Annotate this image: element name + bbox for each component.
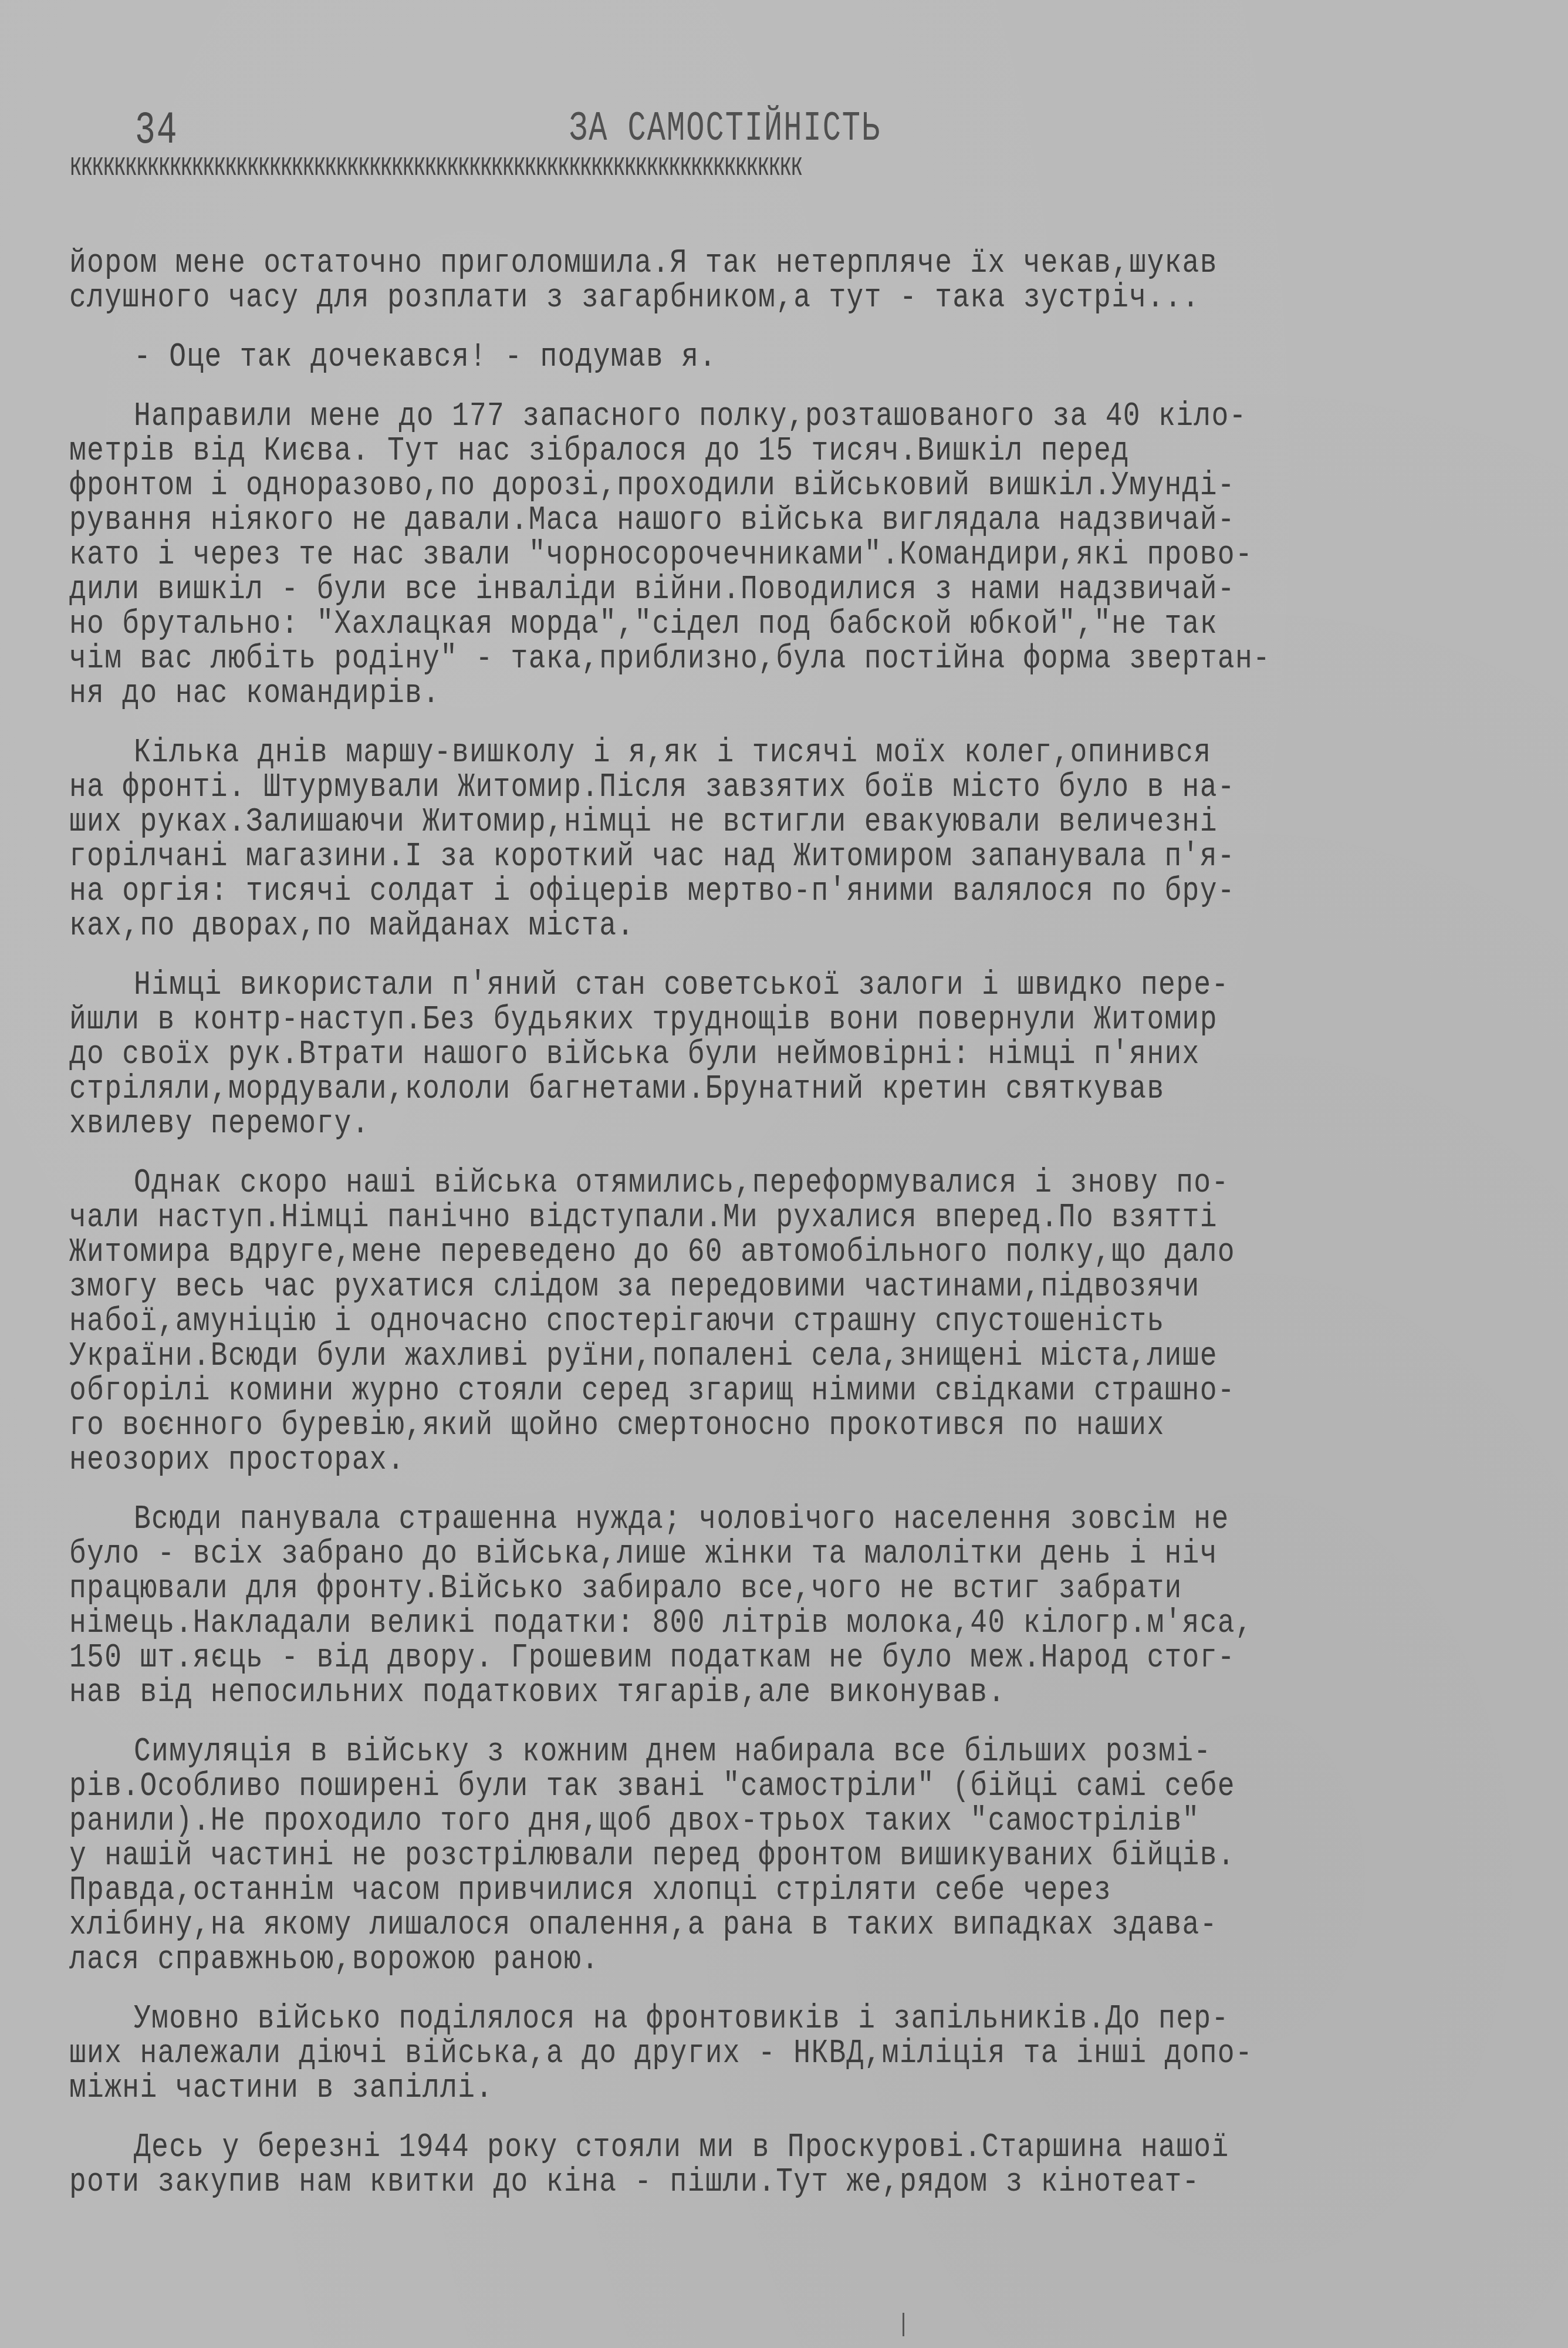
paragraph: Однак скоро наші війська отямились,переф… bbox=[69, 1166, 1513, 1478]
text-line: міжні частини в запіллі. bbox=[69, 2069, 1513, 2110]
running-title: ЗА САМОСТІЙНІСТЬ bbox=[569, 106, 881, 153]
paragraph: Десь у березні 1944 року стояли ми в Про… bbox=[69, 2131, 1513, 2200]
text-line: слушного часу для розплати з загарбником… bbox=[69, 278, 1513, 319]
paragraph: Умовно військо поділялося на фронтовиків… bbox=[69, 2002, 1513, 2106]
paragraph: йором мене остаточно приголомшила.Я так … bbox=[69, 247, 1513, 316]
header-rule: кккккккккккккккккккккккккккккккккккккккк… bbox=[69, 147, 1425, 185]
text-line: - Оце так дочекався! - подумав я. bbox=[69, 338, 1513, 379]
stray-mark bbox=[903, 2313, 904, 2336]
paragraph: Всюди панувала страшенна нужда; чоловічо… bbox=[69, 1503, 1513, 1711]
text-line: нав від непосильних податкових тягарів,а… bbox=[69, 1673, 1513, 1714]
paragraph: Направили мене до 177 запасного полку,ро… bbox=[69, 400, 1513, 711]
text-line: лася справжньою,ворожою раною. bbox=[69, 1940, 1513, 1981]
paragraph: Симуляція в війську з кожним днем набира… bbox=[69, 1735, 1513, 1978]
page-body: йором мене остаточно приголомшила.Я так … bbox=[69, 247, 1513, 2225]
text-line: ня до нас командирів. bbox=[69, 674, 1513, 715]
page-header: 34 ЗА САМОСТІЙНІСТЬ bbox=[135, 99, 1426, 151]
paragraph: - Оце так дочекався! - подумав я. bbox=[69, 340, 1513, 375]
paragraph: Німці використали п'яний стан советської… bbox=[69, 969, 1513, 1142]
paragraph: Кількa днів маршу-вишколу і я,як і тисяч… bbox=[69, 736, 1513, 944]
text-line: ках,по дворах,по майданах міста. bbox=[69, 906, 1513, 947]
typewritten-page: 34 ЗА САМОСТІЙНІСТЬ кккккккккккккккккккк… bbox=[0, 0, 1568, 2348]
text-line: хвилеву перемогу. bbox=[69, 1104, 1513, 1145]
text-line: неозорих просторах. bbox=[69, 1440, 1513, 1482]
text-line: роти закупив нам квитки до кіна - пішли.… bbox=[69, 2163, 1513, 2204]
